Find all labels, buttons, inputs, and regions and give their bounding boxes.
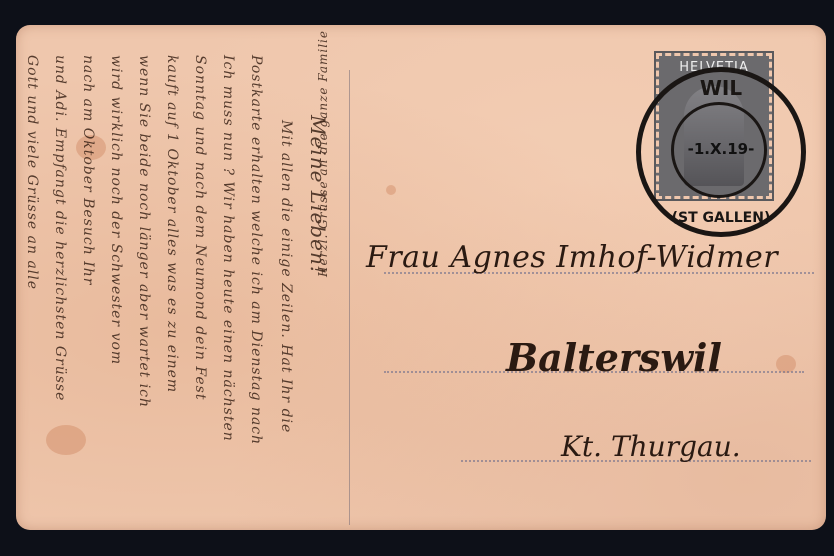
message-line: und Adi. Empfangt die herzlichsten Grüss…	[52, 55, 68, 401]
stain	[386, 185, 396, 195]
message-area: Meine Lieben! Mit allen die einige Zeile…	[16, 25, 349, 530]
recipient-canton: Kt. Thurgau.	[561, 430, 741, 463]
postcard: Meine Lieben! Mit allen die einige Zeile…	[16, 25, 826, 530]
message-closing: Herzl. Grüsse an die ganze Familie	[316, 30, 330, 277]
postmark-date: -1.X.19-	[641, 140, 801, 158]
message-line: kauft auf 1 Oktober alles was es zu eine…	[164, 55, 180, 393]
message-line: Ich muss nun ? Wir haben heute einen näc…	[220, 55, 236, 442]
postmark-town: WIL	[641, 76, 801, 100]
divider-line	[349, 70, 350, 525]
postmark-region: (ST GALLEN)	[641, 210, 801, 226]
message-line: wenn Sie beide noch länger aber wartet i…	[136, 55, 152, 408]
message-line: Mit allen die einige Zeilen. Hat Ihr die	[278, 120, 294, 433]
recipient-name: Frau Agnes Imhof-Widmer	[366, 240, 778, 275]
recipient-town: Balterswil	[506, 335, 722, 380]
message-line: Postkarte erhalten welche ich am Diensta…	[248, 55, 264, 445]
message-line: Sonntag und nach dem Neumond dein Fest	[192, 55, 208, 400]
message-line: nach am Oktober Besuch Ihr	[80, 55, 96, 285]
postmark: WIL -1.X.19- (ST GALLEN)	[636, 67, 806, 237]
message-line: Gott und viele Grüsse an alle	[24, 55, 40, 290]
message-line: wird wirklich noch der Schwester vom	[108, 55, 124, 365]
